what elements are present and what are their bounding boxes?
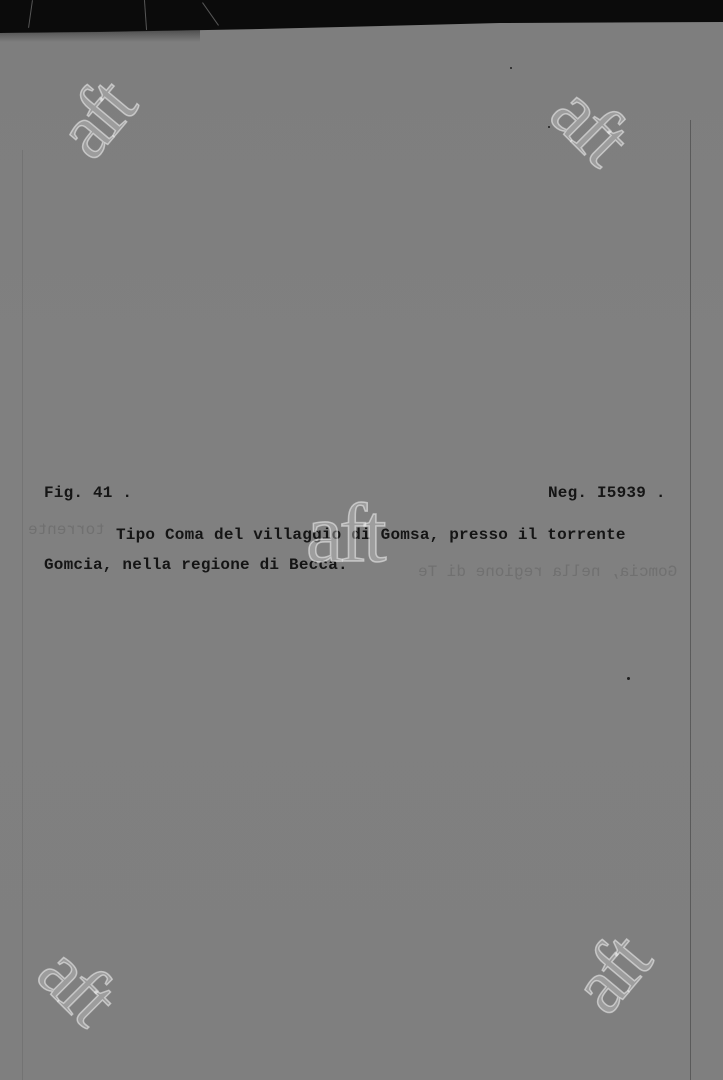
caption-line-2: Gomcia, nella regione di Becca. [44,556,348,574]
bleed-through-text: torrente [28,521,105,539]
watermark-center: aft [306,492,383,576]
scanned-page: torrente Gomcia, nella regione di Te Fig… [0,0,723,1080]
paper-top-edge [0,30,200,42]
fiber [28,0,33,28]
left-margin-line [22,150,23,1080]
right-margin-line [690,120,691,1080]
bleed-through-text: Gomcia, nella regione di Te [418,563,677,581]
figure-label: Fig. 41 . [44,484,132,502]
fiber [144,0,147,30]
speck [627,677,630,680]
fiber [202,2,219,26]
speck [510,67,512,69]
negative-number: Neg. I5939 . [548,484,666,502]
